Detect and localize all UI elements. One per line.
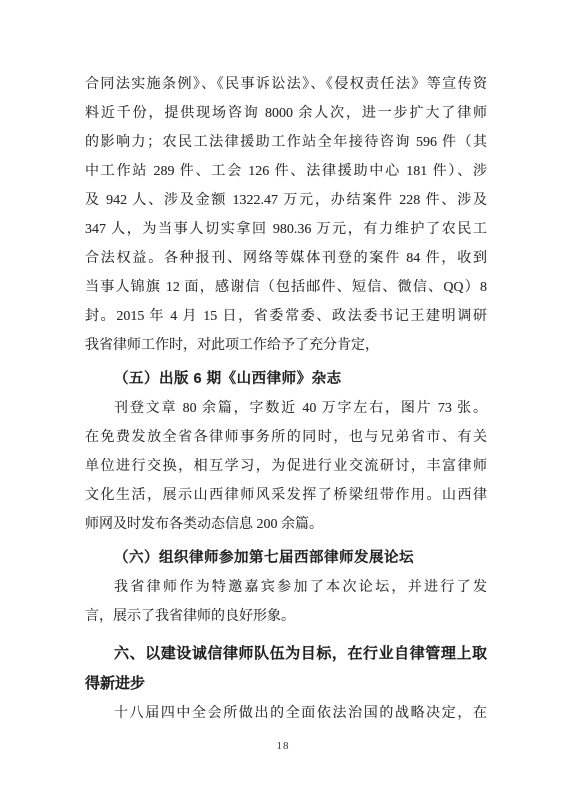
text-line: 得新进步 <box>85 669 487 699</box>
text-line: 十八届四中全会所做出的全面依法治国的战略决定，在 <box>85 699 487 728</box>
text-line: 当事人锦旗 12 面，感谢信（包括邮件、短信、微信、QQ）8 <box>85 273 487 302</box>
paragraph-legal-aid: 合同法实施条例》、《民事诉讼法》、《侵权责任法》等宣传资 料近千份，提供现场咨询… <box>85 70 487 360</box>
text-line: 及 942 人、涉及金额 1322.47 万元，办结案件 228 件、涉及 <box>85 186 487 215</box>
text-line: 合同法实施条例》、《民事诉讼法》、《侵权责任法》等宣传资 <box>85 70 487 99</box>
paragraph-magazine: 刊登文章 80 余篇，字数近 40 万字左右，图片 73 张。 在免费发放全省各… <box>85 394 487 539</box>
text-line: 我省律师作为特邀嘉宾参加了本次论坛，并进行了发 <box>85 573 487 602</box>
page-number: 18 <box>0 737 566 755</box>
paragraph-plenum: 十八届四中全会所做出的全面依法治国的战略决定，在 <box>85 699 487 728</box>
chapter-heading: 六、以建设诚信律师队伍为目标，在行业自律管理上取 得新进步 <box>85 639 487 699</box>
document-page: 合同法实施条例》、《民事诉讼法》、《侵权责任法》等宣传资 料近千份，提供现场咨询… <box>0 0 566 800</box>
text-line: 言，展示了我省律师的良好形象。 <box>85 602 487 631</box>
section-heading-5: （五）出版 6 期《山西律师》杂志 <box>85 365 487 394</box>
section-heading-6: （六）组织律师参加第七届西部律师发展论坛 <box>85 544 487 573</box>
text-line: 合法权益。各种报刊、网络等媒体刊登的案件 84 件，收到 <box>85 244 487 273</box>
text-line: 单位进行交换，相互学习，为促进行业交流研讨，丰富律师 <box>85 452 487 481</box>
text-line: 师网及时发布各类动态信息 200 余篇。 <box>85 510 487 539</box>
text-line: 在免费发放全省各律师事务所的同时，也与兄弟省市、有关 <box>85 423 487 452</box>
text-line: 文化生活，展示山西律师风采发挥了桥梁纽带作用。山西律 <box>85 481 487 510</box>
text-line: 中工作站 289 件、工会 126 件、法律援助中心 181 件）、涉 <box>85 157 487 186</box>
text-line: 347 人，为当事人切实拿回 980.36 万元，有力维护了农民工 <box>85 215 487 244</box>
text-line: 我省律师工作时，对此项工作给予了充分肯定， <box>85 331 487 360</box>
paragraph-forum: 我省律师作为特邀嘉宾参加了本次论坛，并进行了发 言，展示了我省律师的良好形象。 <box>85 573 487 631</box>
text-line: 料近千份，提供现场咨询 8000 余人次，进一步扩大了律师 <box>85 99 487 128</box>
text-line: 的影响力；农民工法律援助工作站全年接待咨询 596 件（其 <box>85 128 487 157</box>
text-line: 刊登文章 80 余篇，字数近 40 万字左右，图片 73 张。 <box>85 394 487 423</box>
text-line: 六、以建设诚信律师队伍为目标，在行业自律管理上取 <box>85 639 487 669</box>
page-content: 合同法实施条例》、《民事诉讼法》、《侵权责任法》等宣传资 料近千份，提供现场咨询… <box>85 70 487 728</box>
text-line: 封。2015 年 4 月 15 日，省委常委、政法委书记王建明调研 <box>85 302 487 331</box>
